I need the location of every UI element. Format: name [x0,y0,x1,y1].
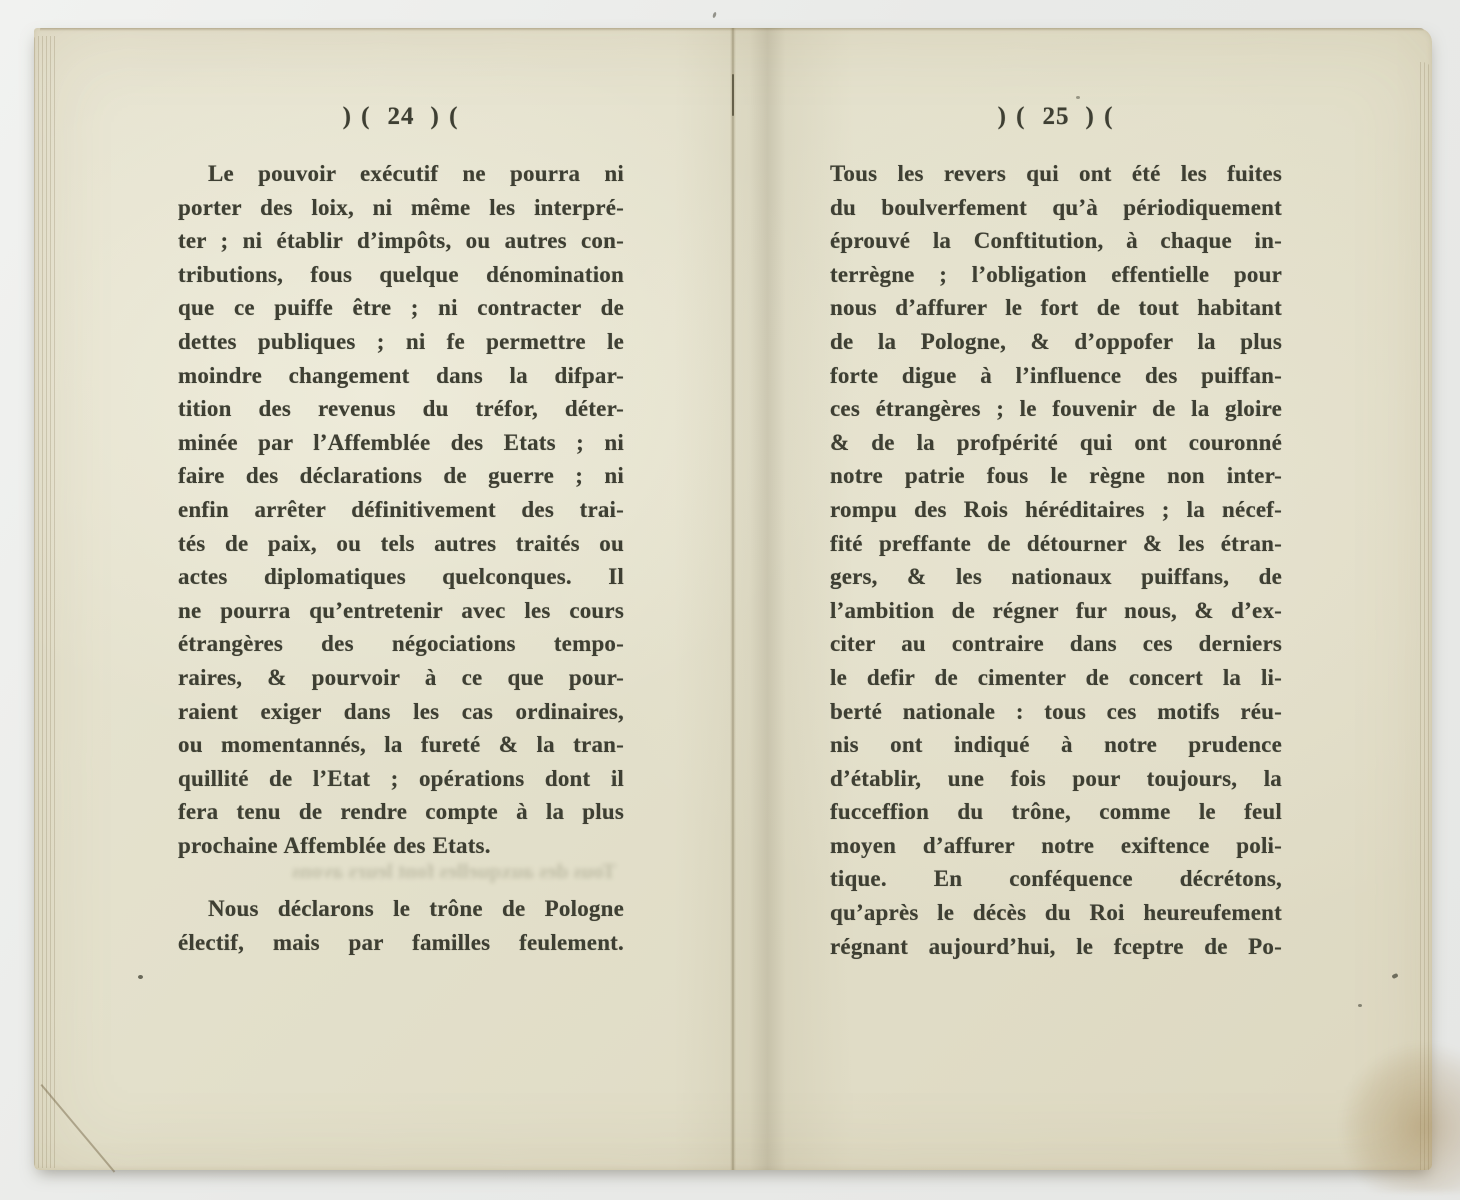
text-line: porter des loix, ni même les interpré- [178,191,624,225]
text-line: citer au contraire dans ces derniers [830,627,1282,661]
text-line: minée par l’Affemblée des Etats ; ni [178,426,624,460]
text-line: terrègne ; l’obligation effentielle pour [830,258,1282,292]
text-line: de la Pologne, & d’oppofer la plus [830,325,1282,359]
text-line: le defir de cimenter de concert la li- [830,661,1282,695]
ink-speck [1076,96,1080,99]
ink-speck [138,975,143,979]
page-24: ) (24) ( Le pouvoir exécutif ne pourra n… [178,100,624,960]
text-line: électif, mais par familles feulement. [178,926,624,960]
text-line: tique. En conféquence décrétons, [830,862,1282,896]
text-line: étrangères des négociations tempo- [178,627,624,661]
text-line: actes diplomatiques quelconques. Il [178,560,624,594]
desk-background: ) (24) ( Le pouvoir exécutif ne pourra n… [0,0,1460,1200]
text-line: Tous les revers qui ont été les fuites [830,157,1282,191]
text-line: raient exiger dans les cas ordinaires, [178,695,624,729]
text-line: nous d’affurer le fort de tout habitant [830,291,1282,325]
text-line: Le pouvoir exécutif ne pourra ni [178,157,624,191]
text-line: ne pourra qu’entretenir avec les cours [178,594,624,628]
text-line: éprouvé la Conftitution, à chaque in- [830,224,1282,258]
text-line: moyen d’affurer notre exiftence poli- [830,829,1282,863]
text-line: ter ; ni établir d’impôts, ou autres con… [178,224,624,258]
ink-speck [712,12,717,19]
corner-stain [1340,1044,1460,1192]
header-decoration-left: ) ( [998,103,1027,130]
page-24-header: ) (24) ( [178,100,624,133]
text-line: dettes publiques ; ni fe permettre le [178,325,624,359]
page-number-25: 25 [1043,103,1070,130]
text-line: tition des revenus du tréfor, déter- [178,392,624,426]
text-line: fucceffion du trône, comme le feul [830,795,1282,829]
text-line: que ce puiffe être ; ni contracter de [178,291,624,325]
text-line: tés de paix, ou tels autres traités ou [178,527,624,561]
header-decoration-right: ) ( [1086,103,1115,130]
text-line: tributions, fous quelque dénomination [178,258,624,292]
text-line: moindre changement dans la difpar- [178,359,624,393]
page-25: ) (25) ( Tous les revers qui ont été les… [830,100,1282,963]
text-line: du boulverfement qu’à périodiquement [830,191,1282,225]
gutter-shadow [674,28,854,1170]
text-line: berté nationale : tous ces motifs réu- [830,695,1282,729]
page-25-header: ) (25) ( [830,100,1282,133]
text-line: raires, & pourvoir à ce que pour- [178,661,624,695]
page-number-24: 24 [388,103,415,130]
page-edges-right [1417,62,1432,1170]
text-line: forte digue à l’influence des puiffan- [830,359,1282,393]
text-line: nis ont indiqué à notre prudence [830,728,1282,762]
header-decoration-right: ) ( [431,103,460,130]
text-line: l’ambition de régner fur nous, & d’ex- [830,594,1282,628]
show-through-text: Tous des auxquelles font leurs avons [236,856,616,886]
book-spread: ) (24) ( Le pouvoir exécutif ne pourra n… [34,28,1432,1170]
ink-speck [1391,973,1398,979]
text-line: Nous déclarons le trône de Pologne [178,892,624,926]
header-decoration-left: ) ( [343,103,372,130]
text-line: enfin arrêter définitivement des trai- [178,493,624,527]
text-line: faire des déclarations de guerre ; ni [178,459,624,493]
ink-speck [1358,1004,1362,1007]
text-line: & de la profpérité qui ont couronné [830,426,1282,460]
text-line: fité preffante de détourner & les étran- [830,527,1282,561]
text-line: gers, & les nationaux puiffans, de [830,560,1282,594]
page-edges-left [34,36,56,1168]
text-line: régnant aujourd’hui, le fceptre de Po- [830,930,1282,964]
text-line: qu’après le décès du Roi heureufement [830,896,1282,930]
text-line: rompu des Rois héréditaires ; la nécef- [830,493,1282,527]
center-fold [730,28,736,1170]
text-line: d’établir, une fois pour toujours, la [830,762,1282,796]
text-line: fera tenu de rendre compte à la plus [178,795,624,829]
text-line: ces étrangères ; le fouvenir de la gloir… [830,392,1282,426]
text-line: notre patrie fous le règne non inter- [830,459,1282,493]
text-line: ou momentannés, la fureté & la tran- [178,728,624,762]
text-line: quillité de l’Etat ; opérations dont il [178,762,624,796]
